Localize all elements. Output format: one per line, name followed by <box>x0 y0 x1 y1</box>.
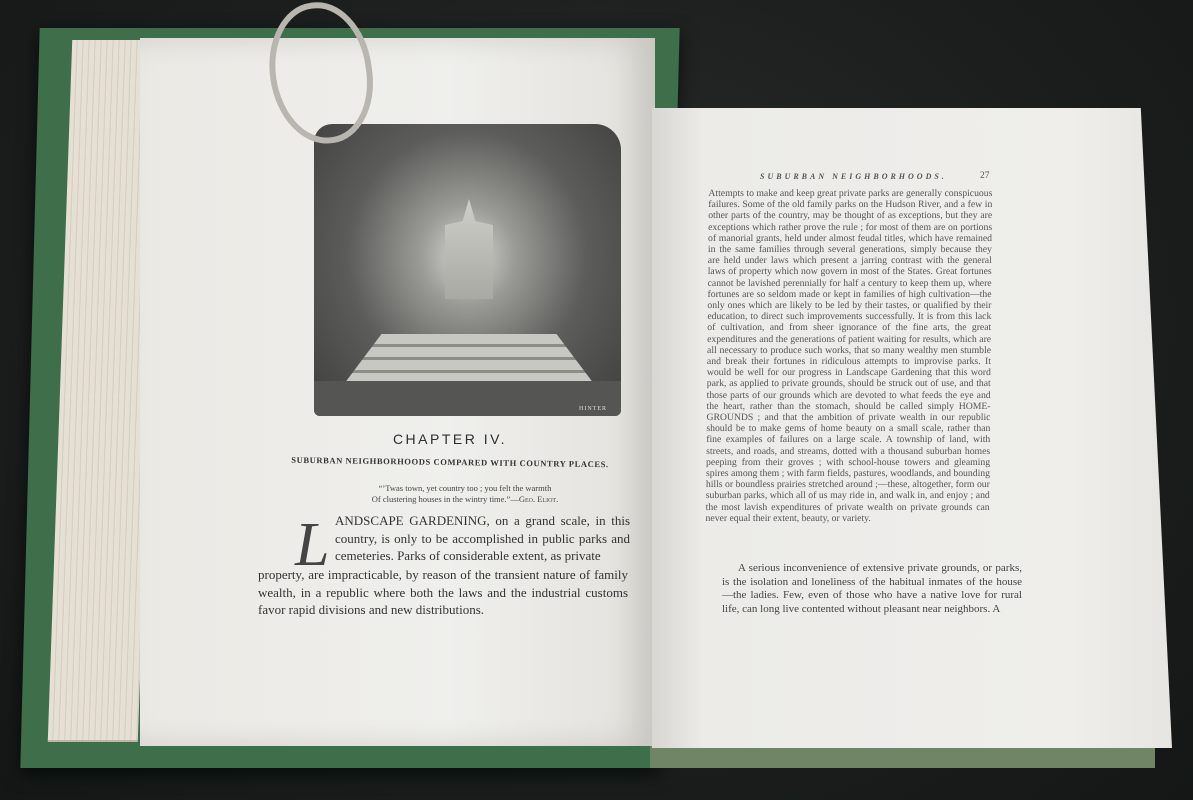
epigraph-attribution: Geo. Eliot. <box>519 494 558 504</box>
page-number: 27 <box>980 171 990 181</box>
ground-engraving <box>314 381 621 416</box>
epigraph: “’Twas town, yet country too ; you felt … <box>300 483 630 505</box>
paragraph-1: Attempts to make and keep great private … <box>706 188 993 524</box>
chapter-illustration: HINTER <box>314 124 621 416</box>
engraver-signature: HINTER <box>579 406 607 412</box>
right-body-paragraph-2: A serious inconvenience of extensive pri… <box>722 562 1022 616</box>
chapter-title: CHAPTER IV. <box>250 431 650 447</box>
house-engraving <box>429 199 509 299</box>
epigraph-line-1: “’Twas town, yet country too ; you felt … <box>379 483 552 493</box>
paragraph-2: A serious inconvenience of extensive pri… <box>722 562 1022 616</box>
left-body-top: ANDSCAPE GARDENING, on a grand scale, in… <box>335 512 630 565</box>
steps-engraving <box>344 334 594 384</box>
left-body-bottom: property, are impracticable, by reason o… <box>258 566 628 619</box>
right-body-paragraph-1: Attempts to make and keep great private … <box>706 188 993 524</box>
epigraph-line-2: Of clustering houses in the wintry time.… <box>372 494 519 504</box>
